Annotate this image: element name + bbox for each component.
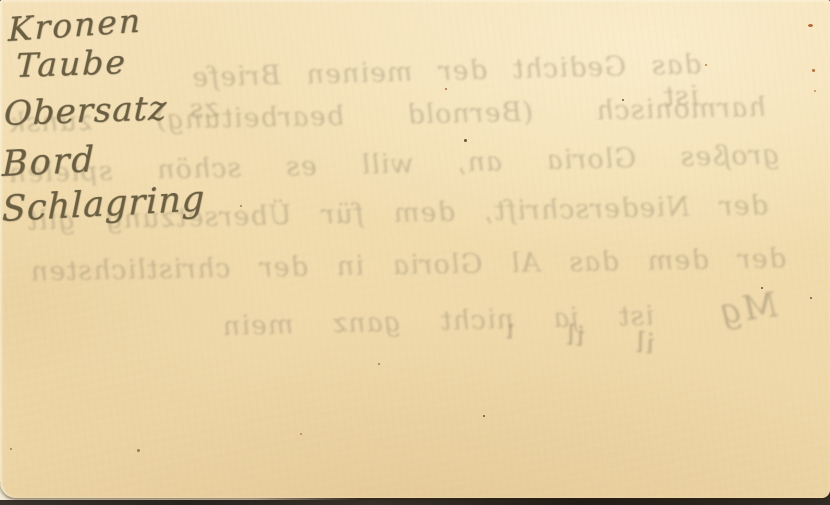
paper-speck bbox=[812, 69, 815, 72]
handwritten-word: Schlagring bbox=[2, 179, 206, 230]
scanned-postcard-image: das Gedicht der meinen Briefe ist zsharm… bbox=[0, 0, 830, 505]
paper-speck bbox=[483, 415, 485, 417]
handwritten-word: Taube bbox=[15, 42, 127, 85]
paper-speck bbox=[622, 99, 624, 101]
paper-speck bbox=[445, 88, 447, 90]
paper-speck bbox=[810, 297, 812, 299]
paper-speck bbox=[464, 139, 467, 142]
paper-speck bbox=[705, 64, 707, 66]
paper-speck bbox=[814, 90, 816, 92]
paper-speck bbox=[10, 448, 12, 450]
paper-speck bbox=[378, 363, 380, 365]
paper-speck bbox=[300, 433, 302, 435]
handwritten-word-list: KronenTaubeObersatzBordSchlagring bbox=[0, 0, 830, 498]
paper-speck bbox=[761, 287, 763, 289]
postcard-paper: das Gedicht der meinen Briefe ist zsharm… bbox=[0, 0, 830, 498]
paper-speck bbox=[240, 205, 242, 207]
handwritten-word: Obersatz bbox=[3, 88, 168, 134]
paper-speck bbox=[137, 449, 140, 452]
handwritten-word: Bord bbox=[2, 140, 97, 185]
paper-speck bbox=[808, 24, 813, 27]
